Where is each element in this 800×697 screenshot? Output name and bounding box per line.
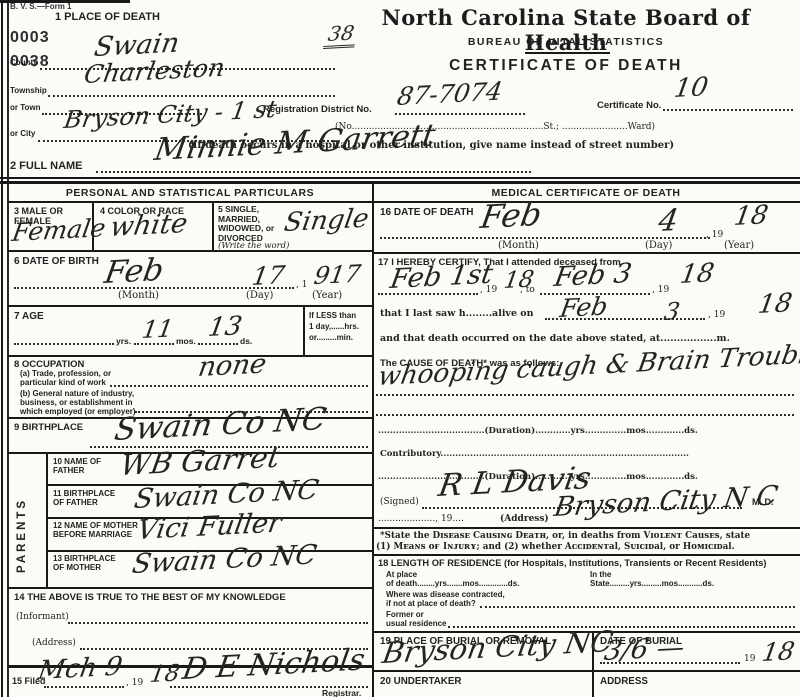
attended-to-label: , to xyxy=(520,285,535,295)
main-rule-top xyxy=(0,177,800,179)
father-name-label-l2: FATHER xyxy=(53,466,84,475)
last-saw-year-prefix: , 19 xyxy=(708,310,725,320)
dob-month-value: Feb xyxy=(102,252,166,291)
undertaker-label: 20 UNDERTAKER xyxy=(380,676,461,687)
attended-from-year-prefix: , 19 xyxy=(480,285,497,295)
age-label: 7 AGE xyxy=(14,311,44,322)
contributory-label: Contributory............................… xyxy=(380,449,689,459)
occupation-a-label: (a) Trade, profession, or particular kin… xyxy=(20,369,111,387)
city-label: or City xyxy=(10,130,35,138)
occupation-a-line2: particular kind of work xyxy=(20,378,106,387)
dob-year-prefix: , 1 xyxy=(296,280,307,290)
length-of-residence-label: 18 LENGTH OF RESIDENCE (for Hospitals, I… xyxy=(378,558,766,568)
age-less-line-1: If LESS than xyxy=(309,311,356,320)
filed-date-dots xyxy=(44,686,124,688)
father-birthplace-label-l1: 11 BIRTHPLACE xyxy=(53,489,115,498)
father-name-value: WB Garret xyxy=(118,440,282,482)
dob-day-hint: (Day) xyxy=(246,290,273,301)
personal-section-title: PERSONAL AND STATISTICAL PARTICULARS xyxy=(10,187,370,199)
cause-of-death-value: whooping caugh & Brain Trouble xyxy=(376,339,800,392)
age-mos-label: mos. xyxy=(176,336,196,346)
parents-vertical-label: PARENTS xyxy=(16,468,28,573)
burial-year-value: 18 xyxy=(760,636,797,667)
cause-dots-1 xyxy=(376,394,794,396)
dob-label: 6 DATE OF BIRTH xyxy=(14,256,99,267)
attended-to-year-prefix: , 19 xyxy=(652,285,669,295)
header-divider-line xyxy=(525,52,610,54)
contracted-dots xyxy=(480,606,795,608)
certificate-no-dotted-line xyxy=(663,109,793,111)
registration-district-dotted-line xyxy=(395,113,525,115)
at-place-l2: of death........yrs.......mos...........… xyxy=(386,579,519,588)
registration-district-label: Registration District No. xyxy=(263,104,372,115)
father-birthplace-label-l2: OF FATHER xyxy=(53,498,98,507)
attestation-label: 14 THE ABOVE IS TRUE TO THE BEST OF MY K… xyxy=(14,592,364,603)
township-label: Township xyxy=(10,86,47,95)
death-occurred-label: and that death occurred on the date abov… xyxy=(380,333,730,344)
mother-name-value: Vici Fuller xyxy=(135,508,284,546)
left-row-line-2 xyxy=(8,250,372,252)
mother-name-label: 12 NAME OF MOTHER BEFORE MARRIAGE xyxy=(53,521,138,539)
age-ds-label: ds. xyxy=(240,336,252,346)
form-number-note: B. V. S.—Form 1 xyxy=(10,2,72,10)
address-line-prefix: ...................., 19.... xyxy=(378,514,464,524)
former-residence-label: Former or usual residence xyxy=(386,610,446,628)
cell-divider-4-5 xyxy=(212,201,214,250)
full-name-dotted-line xyxy=(96,171,531,173)
father-birthplace-label: 11 BIRTHPLACE OF FATHER xyxy=(53,489,115,507)
registration-district-value: 87-7074 xyxy=(395,77,505,111)
attended-to-value: Feb 3 xyxy=(552,258,634,293)
marital-value: Single xyxy=(282,204,371,238)
mother-name-label-l2: BEFORE MARRIAGE xyxy=(53,530,132,539)
informant-dots xyxy=(68,622,368,624)
certificate-of-death-title: CERTIFICATE OF DEATH xyxy=(340,57,792,75)
contracted-l1: Where was disease contracted, xyxy=(386,590,505,599)
former-residence-dots xyxy=(448,626,795,628)
age-ds-value: 13 xyxy=(206,311,244,343)
father-birthplace-value: Swain Co NC xyxy=(132,475,321,515)
county-label: County xyxy=(10,58,38,67)
last-saw-year: 18 xyxy=(756,288,794,320)
certificate-no-label: Certificate No. xyxy=(597,100,661,111)
physician-address-label: (Address) xyxy=(500,514,549,524)
informant-label: (Informant) xyxy=(16,612,69,622)
stamp-number-1: 0003 xyxy=(10,29,50,47)
cause-dots-2 xyxy=(376,414,794,416)
township-dotted-line xyxy=(48,95,335,97)
duration-line-1: ....................................(Dur… xyxy=(378,426,698,436)
mother-name-label-l1: 12 NAME OF MOTHER xyxy=(53,521,138,530)
column-divider xyxy=(372,183,374,697)
footnote-line-2: (1) Mᴇaɴs oғ Iɴᴊᴜʀʏ; and (2) whether Aᴄᴄ… xyxy=(376,542,735,552)
last-saw-label: that I last saw h........alive on xyxy=(380,308,534,319)
occupation-value: none xyxy=(196,349,269,383)
age-dots-1 xyxy=(14,343,114,345)
signed-label: (Signed) xyxy=(380,497,419,507)
right-row-line-6 xyxy=(374,670,800,672)
registrar-label: Registrar. xyxy=(322,688,361,697)
age-less-line-2: 1 day,......hrs. xyxy=(309,322,359,331)
dod-month-hint: (Month) xyxy=(498,240,539,251)
former-l2: usual residence xyxy=(386,619,446,628)
in-state-l2: State.........yrs.........mos...........… xyxy=(590,579,714,588)
dob-year-hint: (Year) xyxy=(312,290,342,301)
dod-day-hint: (Day) xyxy=(645,240,672,251)
occupation-b-line1: (b) General nature of industry, xyxy=(20,389,134,398)
former-l1: Former or xyxy=(386,610,424,619)
at-place-label: At place of death........yrs.......mos..… xyxy=(386,570,519,588)
race-value: white xyxy=(108,208,190,243)
father-name-label-l1: 10 NAME OF xyxy=(53,457,101,466)
bureau-subtitle: BUREAU OF VITAL STATISTICS xyxy=(340,36,792,48)
dod-year-prefix: , 19 xyxy=(706,230,723,240)
death-certificate-scan: B. V. S.—Form 1 1 PLACE OF DEATH 0003 00… xyxy=(0,0,800,697)
township-value: Charleston xyxy=(82,53,227,89)
mother-birthplace-label-l2: OF MOTHER xyxy=(53,563,101,572)
main-rule-bottom xyxy=(0,181,800,184)
date-of-burial-value: 3/6 — xyxy=(602,632,687,667)
birthplace-value: Swain Co NC xyxy=(112,401,329,448)
filed-date-value: Mch 9 xyxy=(36,652,124,686)
left-row-line-7 xyxy=(8,587,372,589)
medical-section-title: MEDICAL CERTIFICATE OF DEATH xyxy=(376,187,796,199)
right-row-line-2 xyxy=(374,252,800,254)
age-mos-value: 11 xyxy=(140,314,175,344)
in-state-label: In the State.........yrs.........mos....… xyxy=(590,570,714,588)
at-place-l1: At place xyxy=(386,570,417,579)
sex-value: Female xyxy=(10,213,108,247)
attended-to-year: 18 xyxy=(678,258,716,290)
in-state-l1: In the xyxy=(590,570,611,579)
undertaker-address-label: ADDRESS xyxy=(600,676,648,687)
dob-year-value: 917 xyxy=(312,260,363,290)
mother-birthplace-label-l1: 13 BIRTHPLACE xyxy=(53,554,116,563)
left-row-line-3 xyxy=(8,305,372,307)
right-row-line-4 xyxy=(374,554,800,556)
date-of-death-label: 16 DATE OF DEATH xyxy=(380,207,474,218)
footnote-line-1: *State the Dɪsᴇasᴇ Causɪɴɢ Dᴇaᴛʜ, or, in… xyxy=(380,531,750,541)
contracted-l2: if not at place of death? xyxy=(386,599,476,608)
age-yrs-label: yrs. xyxy=(116,336,131,346)
dod-year-value: 18 xyxy=(732,200,770,232)
dod-day-value: 4 xyxy=(656,203,681,239)
attended-from-value: Feb 1st xyxy=(388,259,495,295)
mother-birthplace-label: 13 BIRTHPLACE OF MOTHER xyxy=(53,554,116,572)
last-saw-day: 3 xyxy=(662,297,682,326)
age-less-line-3: or.........min. xyxy=(309,333,353,342)
dod-month-value: Feb xyxy=(478,195,545,236)
occupation-a-dots xyxy=(110,385,368,387)
occupation-b-line2: business, or establishment in xyxy=(20,398,132,407)
burial-year-prefix: 19 xyxy=(744,654,755,664)
father-name-label: 10 NAME OF FATHER xyxy=(53,457,101,475)
age-dots-3 xyxy=(198,343,238,345)
left-row-line-1 xyxy=(8,201,372,203)
dod-year-hint: (Year) xyxy=(724,240,754,251)
filed-year-prefix: , 19 xyxy=(126,678,143,688)
mother-birthplace-value: Swain Co NC xyxy=(130,540,319,580)
full-name-label: 2 FULL NAME xyxy=(10,160,83,172)
informant-address-label: (Address) xyxy=(32,638,76,648)
dob-month-hint: (Month) xyxy=(118,290,159,301)
place-of-death-label: 1 PLACE OF DEATH xyxy=(55,11,160,23)
right-row-line-3 xyxy=(374,527,800,529)
birthplace-label: 9 BIRTHPLACE xyxy=(14,422,83,433)
left-edge-line-inner xyxy=(7,0,9,697)
certificate-no-value: 10 xyxy=(672,72,710,104)
left-edge-line-outer xyxy=(1,0,3,697)
age-sub-cell-divider xyxy=(303,305,305,355)
occupation-a-line1: (a) Trade, profession, or xyxy=(20,369,111,378)
age-less-than-hint: If LESS than 1 day,......hrs. or........… xyxy=(309,310,359,343)
dob-day-value: 17 xyxy=(250,260,287,291)
last-saw-month: Feb xyxy=(558,292,610,323)
filed-year-value: 18 xyxy=(148,661,182,688)
town-label: or Town xyxy=(10,104,41,112)
left-row-line-4 xyxy=(8,355,372,357)
parents-cell-divider xyxy=(46,452,48,587)
